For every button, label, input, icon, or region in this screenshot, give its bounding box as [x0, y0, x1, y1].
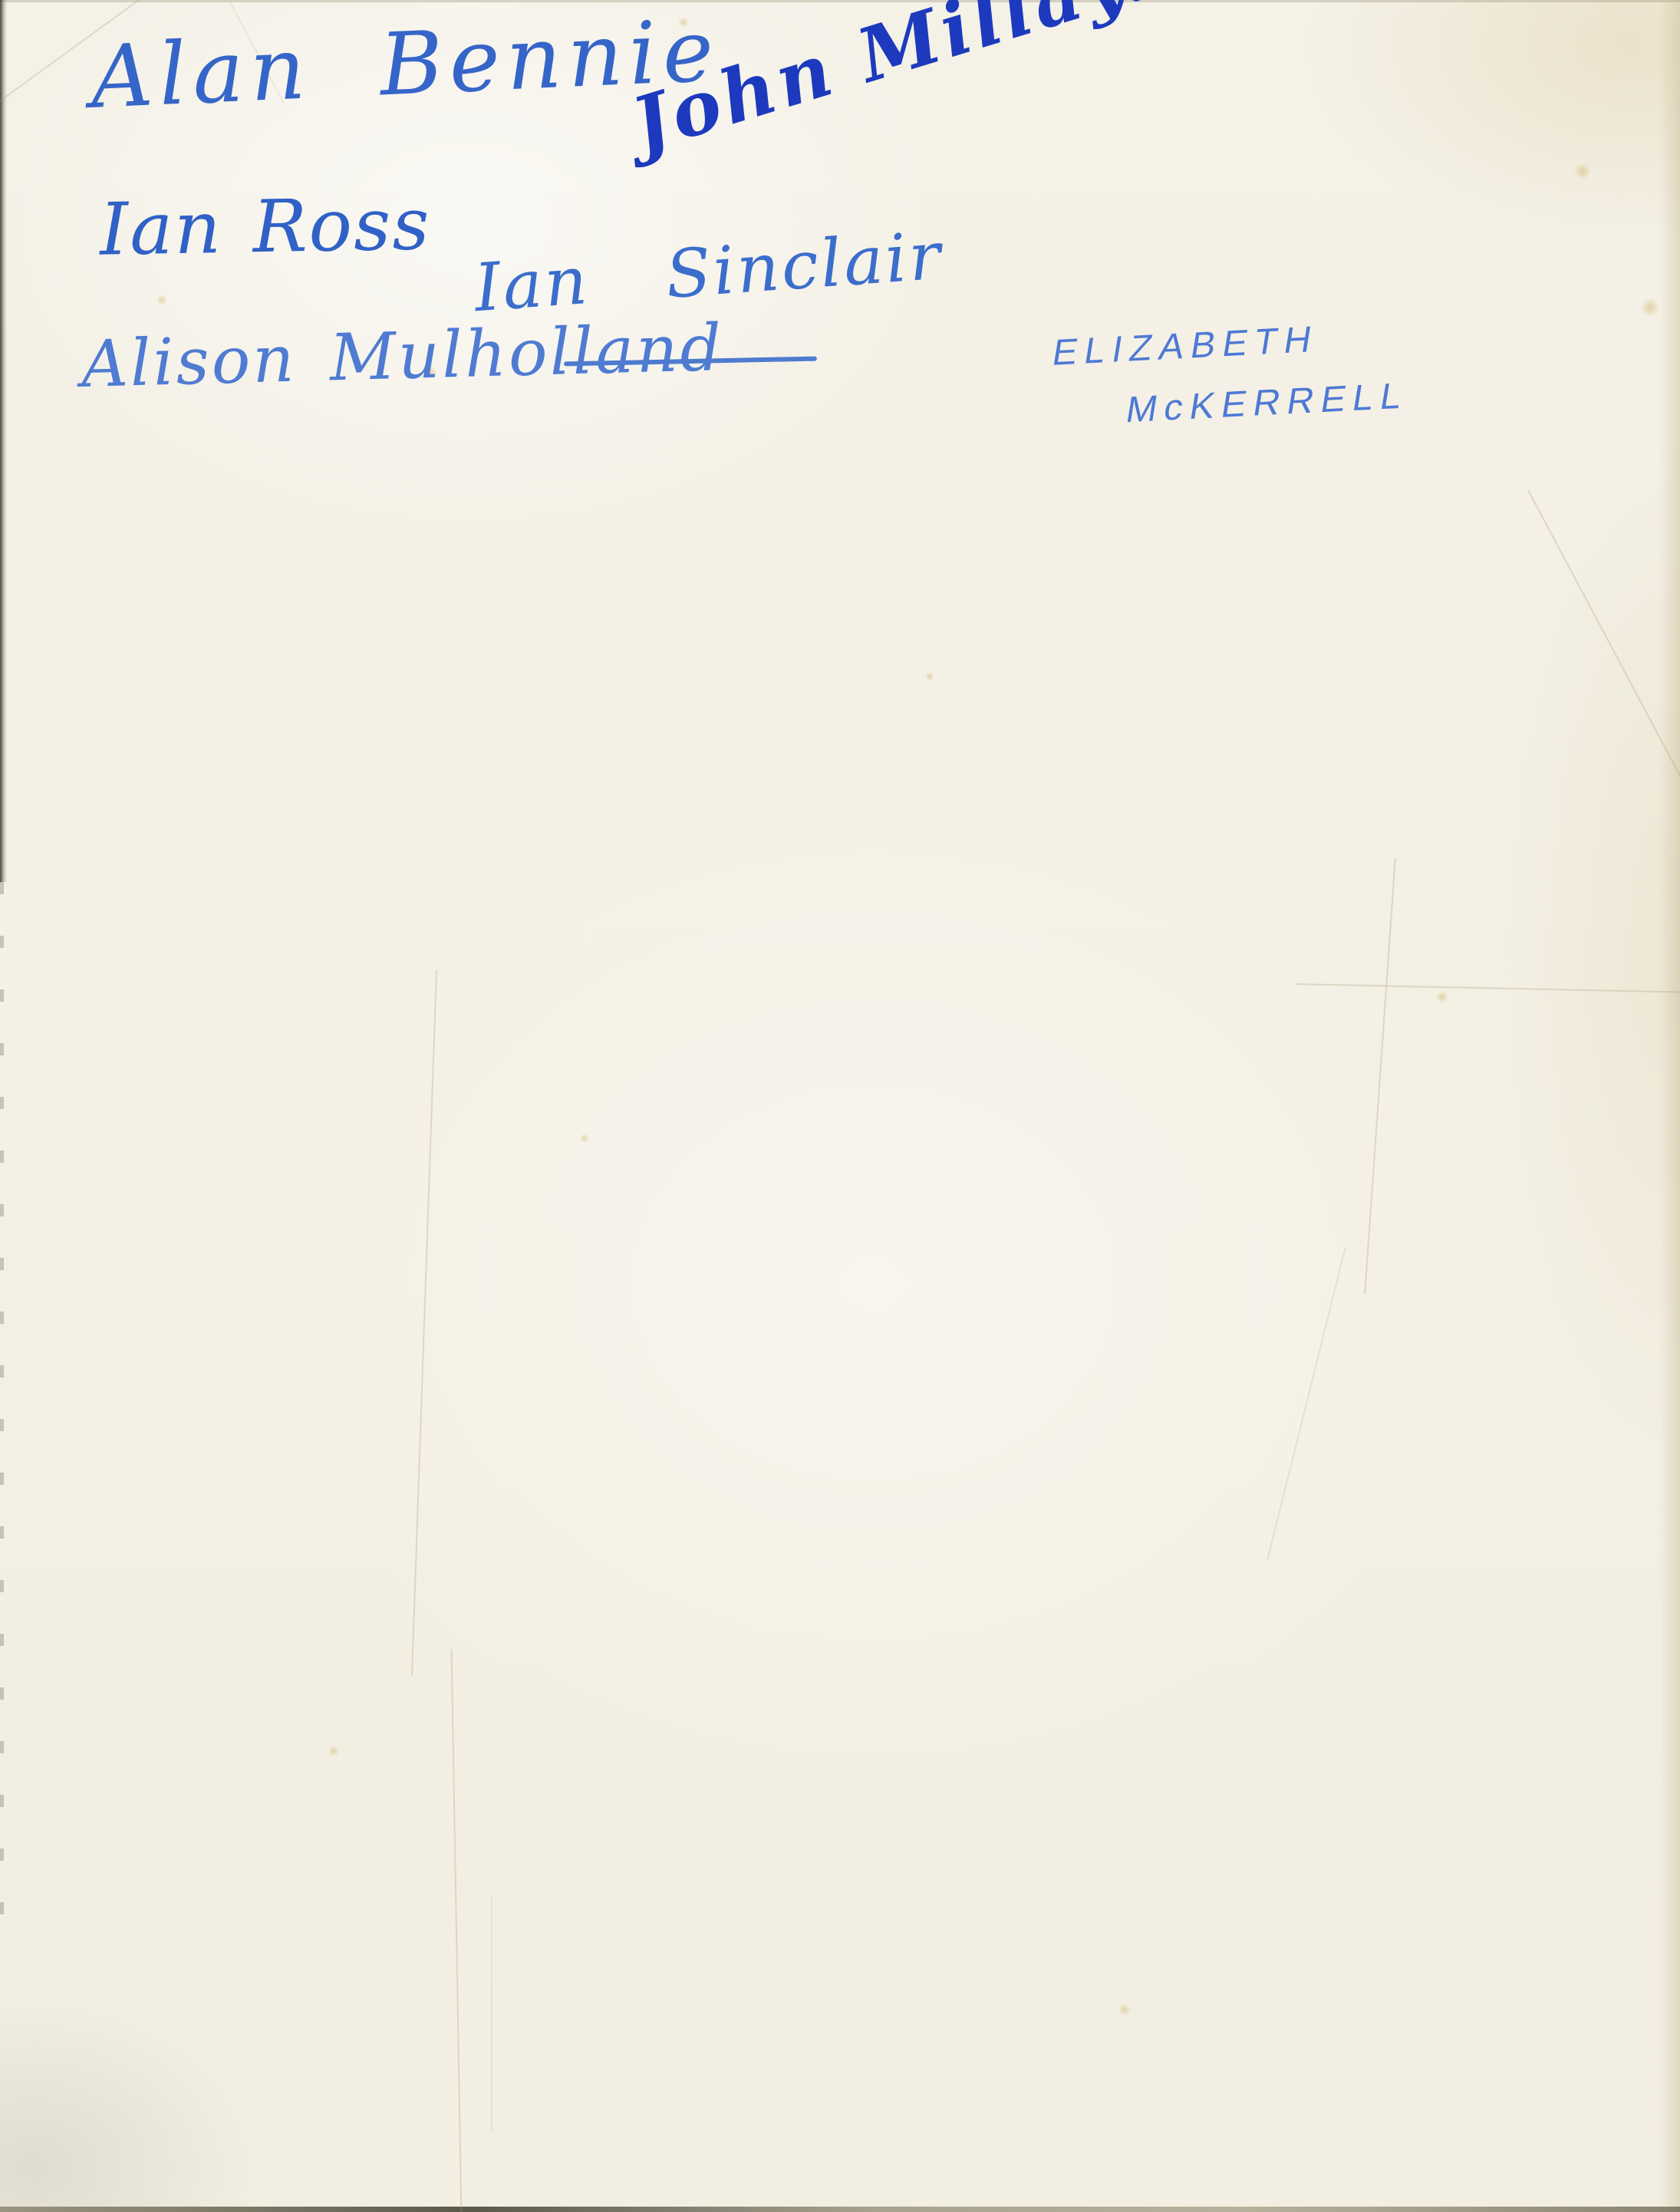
paper-stain	[1640, 298, 1660, 318]
paper-stain	[1118, 2003, 1131, 2016]
paper-crease	[1295, 983, 1680, 993]
signature-ian-ross: Ian Ross	[99, 189, 431, 267]
paper-edge-left-speckle	[0, 882, 4, 1917]
paper-crease	[451, 1649, 463, 2212]
paper-edge-bottom	[0, 2207, 1680, 2212]
scanned-page: Alan Bennie John Millay. Ian Ross Ian Si…	[0, 0, 1680, 2212]
paper-edge-top	[0, 0, 1680, 2]
paper-stain	[580, 1134, 589, 1143]
signature-elizabeth-mckerrell-line1: ELIZABETH	[1049, 321, 1320, 372]
paper-crease	[1364, 858, 1396, 1295]
paper-stain	[1436, 991, 1448, 1003]
signature-alison-mulholland: Alison Mulholland	[81, 315, 724, 397]
signature-elizabeth-mckerrell-line2: McKERRELL	[1123, 378, 1411, 430]
signature-alan-bennie: Alan Bennie	[89, 8, 721, 121]
paper-edge-right	[1659, 0, 1680, 2212]
paper-stain	[1574, 163, 1591, 179]
paper-crease	[491, 1894, 492, 2132]
paper-stain	[925, 672, 934, 681]
paper-crease	[411, 970, 437, 1676]
paper-crease	[1527, 490, 1680, 802]
paper-crease	[1267, 1247, 1346, 1560]
paper-stain	[156, 295, 167, 305]
signature-ian-sinclair: Ian Sinclair	[473, 223, 945, 321]
paper-edge-left	[0, 0, 7, 882]
paper-stain	[328, 1746, 339, 1756]
